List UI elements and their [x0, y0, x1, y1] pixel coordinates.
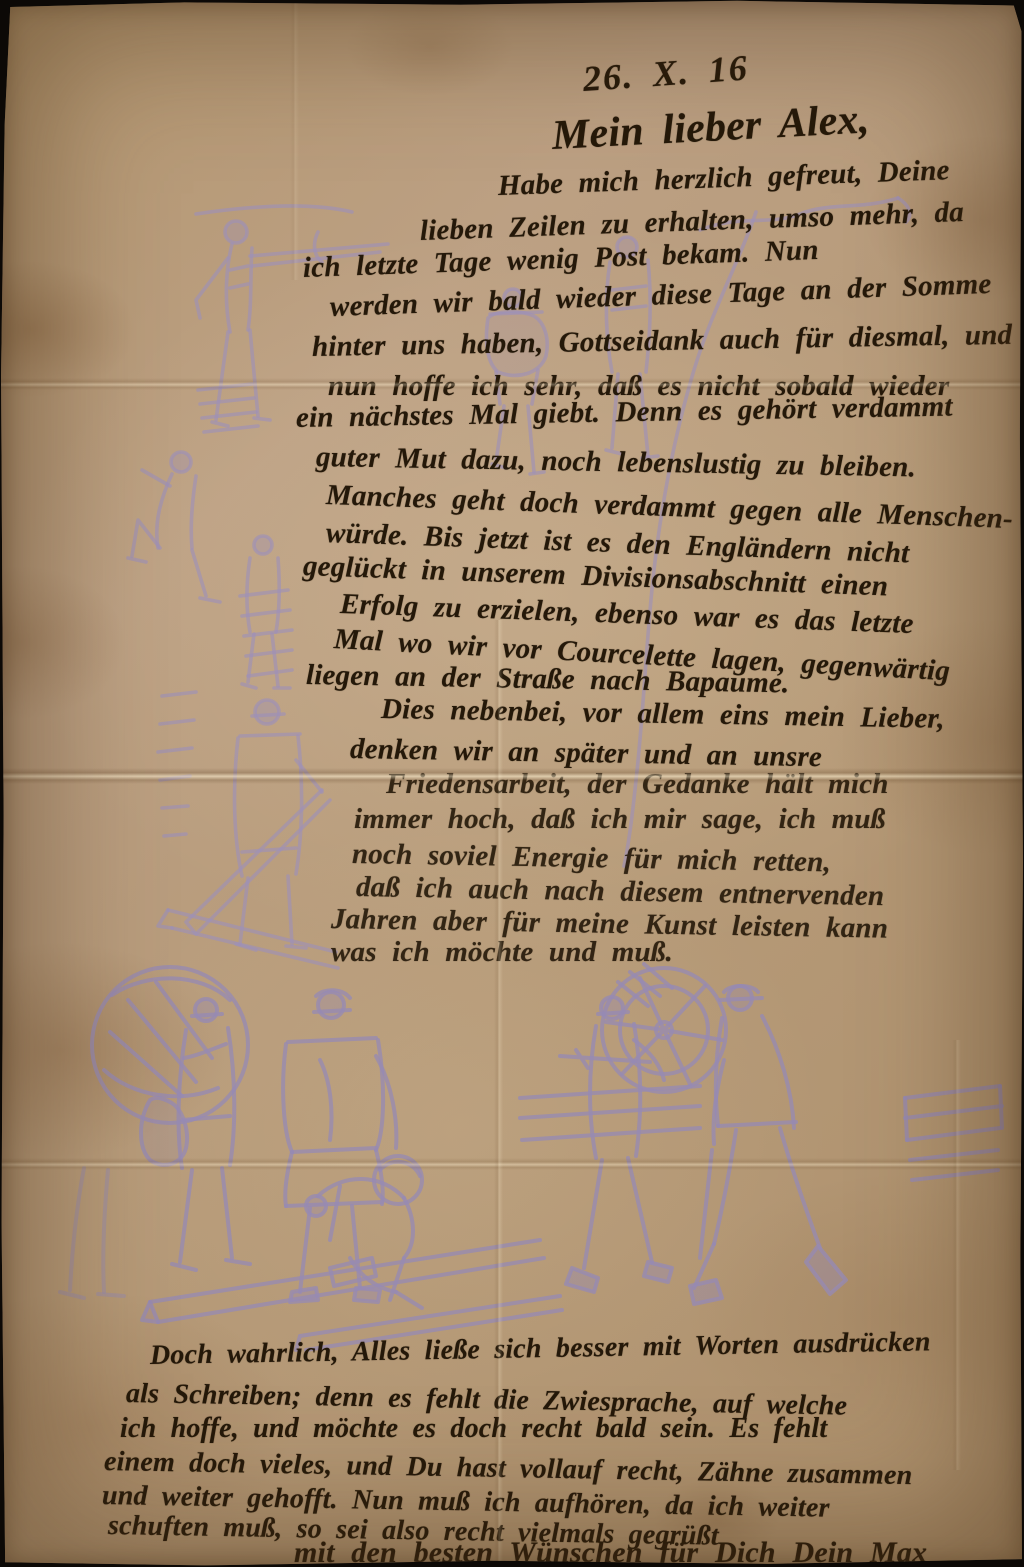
letter-line: Dies nebenbei, vor allem eins mein Liebe… — [381, 693, 945, 736]
letter-line: ich hoffe, und möchte es doch recht bald… — [120, 1413, 827, 1445]
letter-line: immer hoch, daß ich mir sage, ich muß — [354, 803, 885, 836]
letter-line: Friedensarbeit, der Gedanke hält mich — [386, 768, 889, 801]
letter-salutation: Mein lieber Alex, — [551, 95, 871, 160]
photo-background: 26. X. 16 Mein lieber Alex, Habe mich he… — [0, 0, 1024, 1567]
bottom-work-party-sketch — [60, 964, 1002, 1350]
letter-line: Habe mich herzlich gefreut, Deine — [497, 154, 950, 203]
letter-line: hinter uns haben, Gottseidank auch für d… — [312, 319, 1013, 364]
letter-paper: 26. X. 16 Mein lieber Alex, Habe mich he… — [0, 0, 1024, 1567]
letter-line: guter Mut dazu, noch lebenslustig zu ble… — [316, 441, 917, 484]
letter-line: was ich möchte und muß. — [331, 936, 673, 969]
letter-signature-line: mit den besten Wünschen für Dich Dein Ma… — [294, 1536, 927, 1567]
fold-crease-horizontal-3 — [0, 1158, 1024, 1170]
fold-crease-vertical-2 — [952, 1040, 961, 1470]
letter-line: liegen an der Straße nach Bapaume. — [306, 659, 790, 700]
fold-crease-vertical-3 — [290, 0, 299, 280]
letter-date: 26. X. 16 — [582, 46, 751, 99]
letter-line: Doch wahrlich, Alles ließe sich besser m… — [150, 1326, 931, 1372]
